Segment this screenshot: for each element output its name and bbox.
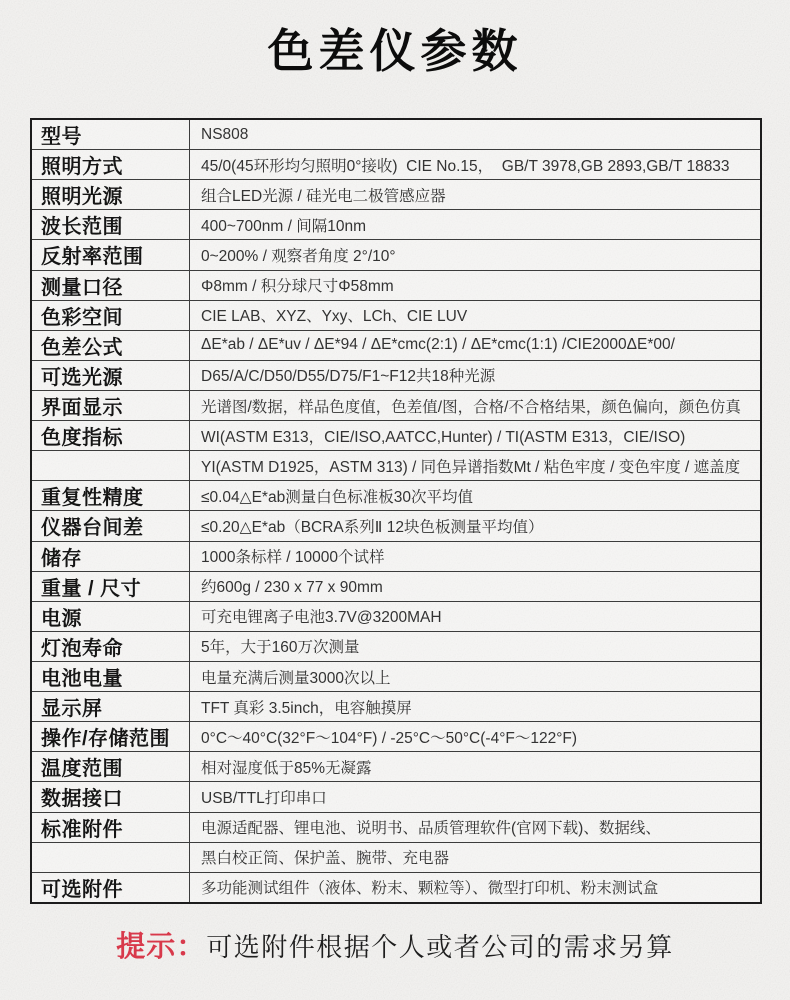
row-label: 显示屏: [32, 692, 190, 721]
table-row: 波长范围 400~700nm / 间隔10nm: [32, 209, 760, 239]
table-row: 可选光源 D65/A/C/D50/D55/D75/F1~F12共18种光源: [32, 360, 760, 390]
row-value: 400~700nm / 间隔10nm: [190, 210, 760, 239]
page-title: 色差仪参数: [0, 26, 790, 77]
row-value: ≤0.20△E*ab（BCRA系列Ⅱ 12块色板测量平均值）: [190, 511, 760, 540]
row-value: 1000条标样 / 10000个试样: [190, 542, 760, 571]
tip-text: 可选附件根据个人或者公司的需求另算: [206, 932, 674, 962]
row-label: 灯泡寿命: [32, 632, 190, 661]
table-row: 电源 可充电锂离子电池3.7V@3200MAH: [32, 601, 760, 631]
row-value: ΔE*ab / ΔE*uv / ΔE*94 / ΔE*cmc(2:1) / ΔE…: [190, 331, 760, 360]
row-value: Φ8mm / 积分球尺寸Φ58mm: [190, 271, 760, 300]
row-label: 色差公式: [32, 331, 190, 360]
table-row: 黑白校正筒、保护盖、腕带、充电器: [32, 842, 760, 872]
row-value: 光谱图/数据，样品色度值，色差值/图，合格/不合格结果，颜色偏向，颜色仿真: [190, 391, 760, 420]
row-label: 可选光源: [32, 361, 190, 390]
row-label: 电源: [32, 602, 190, 631]
row-value: 组合LED光源 / 硅光电二极管感应器: [190, 180, 760, 209]
table-row: 色度指标 WI(ASTM E313，CIE/ISO,AATCC,Hunter) …: [32, 420, 760, 450]
row-label: 反射率范围: [32, 240, 190, 269]
table-row: 储存 1000条标样 / 10000个试样: [32, 541, 760, 571]
row-value: ≤0.04△E*ab测量白色标准板30次平均值: [190, 481, 760, 510]
row-label: 重复性精度: [32, 481, 190, 510]
row-value: 45/0(45环形均匀照明0°接收) CIE No.15， GB/T 3978,…: [190, 150, 760, 179]
table-row: 灯泡寿命 5年，大于160万次测量: [32, 631, 760, 661]
row-label: 可选附件: [32, 873, 190, 902]
row-label: [32, 843, 190, 872]
table-row: 标准附件 电源适配器、锂电池、说明书、品质管理软件(官网下载)、数据线、: [32, 812, 760, 842]
table-row: 重复性精度 ≤0.04△E*ab测量白色标准板30次平均值: [32, 480, 760, 510]
row-value: 约600g / 230 x 77 x 90mm: [190, 572, 760, 601]
table-row: 型号 NS808: [32, 120, 760, 149]
table-row: 仪器台间差 ≤0.20△E*ab（BCRA系列Ⅱ 12块色板测量平均值）: [32, 510, 760, 540]
row-label: 波长范围: [32, 210, 190, 239]
row-label: 电池电量: [32, 662, 190, 691]
row-label: 照明方式: [32, 150, 190, 179]
table-row: 操作/存储范围 0°C～40°C(32°F～104°F) / -25°C～50°…: [32, 721, 760, 751]
row-value: 0~200% / 观察者角度 2°/10°: [190, 240, 760, 269]
row-value: 5年，大于160万次测量: [190, 632, 760, 661]
row-label: 测量口径: [32, 271, 190, 300]
table-row: 照明方式 45/0(45环形均匀照明0°接收) CIE No.15， GB/T …: [32, 149, 760, 179]
row-value: 可充电锂离子电池3.7V@3200MAH: [190, 602, 760, 631]
table-row: 电池电量 电量充满后测量3000次以上: [32, 661, 760, 691]
tip-line: 提示：可选附件根据个人或者公司的需求另算: [0, 924, 790, 965]
row-value: 多功能测试组件（液体、粉末、颗粒等）、微型打印机、粉末测试盒: [190, 873, 760, 902]
table-row: 显示屏 TFT 真彩 3.5inch，电容触摸屏: [32, 691, 760, 721]
row-label: 操作/存储范围: [32, 722, 190, 751]
table-row: YI(ASTM D1925，ASTM 313) / 同色异谱指数Mt / 粘色牢…: [32, 450, 760, 480]
row-value: 黑白校正筒、保护盖、腕带、充电器: [190, 843, 760, 872]
row-value: D65/A/C/D50/D55/D75/F1~F12共18种光源: [190, 361, 760, 390]
table-row: 界面显示 光谱图/数据，样品色度值，色差值/图，合格/不合格结果，颜色偏向，颜色…: [32, 390, 760, 420]
tip-label: 提示：: [116, 931, 206, 963]
spec-sheet: 色差仪参数 型号 NS808 照明方式 45/0(45环形均匀照明0°接收) C…: [0, 0, 790, 1000]
row-label: 储存: [32, 542, 190, 571]
table-row: 色彩空间 CIE LAB、XYZ、Yxy、LCh、CIE LUV: [32, 300, 760, 330]
row-label: [32, 451, 190, 480]
row-value: 相对湿度低于85%无凝露: [190, 752, 760, 781]
row-value: CIE LAB、XYZ、Yxy、LCh、CIE LUV: [190, 301, 760, 330]
row-label: 色度指标: [32, 421, 190, 450]
row-label: 重量 / 尺寸: [32, 572, 190, 601]
table-row: 温度范围 相对湿度低于85%无凝露: [32, 751, 760, 781]
table-row: 照明光源 组合LED光源 / 硅光电二极管感应器: [32, 179, 760, 209]
table-row: 色差公式 ΔE*ab / ΔE*uv / ΔE*94 / ΔE*cmc(2:1)…: [32, 330, 760, 360]
row-value: USB/TTL打印串口: [190, 782, 760, 811]
row-value: 电量充满后测量3000次以上: [190, 662, 760, 691]
table-row: 重量 / 尺寸 约600g / 230 x 77 x 90mm: [32, 571, 760, 601]
row-label: 仪器台间差: [32, 511, 190, 540]
table-row: 测量口径 Φ8mm / 积分球尺寸Φ58mm: [32, 270, 760, 300]
table-row: 反射率范围 0~200% / 观察者角度 2°/10°: [32, 239, 760, 269]
row-label: 色彩空间: [32, 301, 190, 330]
row-value: WI(ASTM E313，CIE/ISO,AATCC,Hunter) / TI(…: [190, 421, 760, 450]
row-value: NS808: [190, 120, 760, 149]
row-value: 0°C～40°C(32°F～104°F) / -25°C～50°C(-4°F～1…: [190, 722, 760, 751]
table-row: 数据接口 USB/TTL打印串口: [32, 781, 760, 811]
table-row: 可选附件 多功能测试组件（液体、粉末、颗粒等）、微型打印机、粉末测试盒: [32, 872, 760, 902]
row-value: YI(ASTM D1925，ASTM 313) / 同色异谱指数Mt / 粘色牢…: [190, 451, 760, 480]
spec-table: 型号 NS808 照明方式 45/0(45环形均匀照明0°接收) CIE No.…: [30, 118, 762, 904]
row-label: 数据接口: [32, 782, 190, 811]
row-label: 界面显示: [32, 391, 190, 420]
row-label: 温度范围: [32, 752, 190, 781]
row-label: 标准附件: [32, 813, 190, 842]
row-value: TFT 真彩 3.5inch，电容触摸屏: [190, 692, 760, 721]
row-label: 照明光源: [32, 180, 190, 209]
row-label: 型号: [32, 120, 190, 149]
row-value: 电源适配器、锂电池、说明书、品质管理软件(官网下载)、数据线、: [190, 813, 760, 842]
